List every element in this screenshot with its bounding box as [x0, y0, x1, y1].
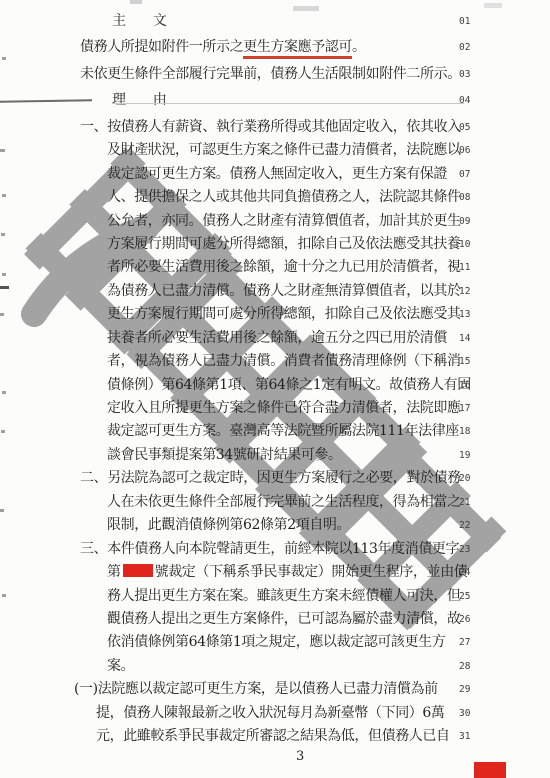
scan-artifact	[1, 233, 5, 236]
scan-artifact	[2, 194, 6, 197]
line-number: 12	[459, 287, 470, 297]
line-text: 人在未依更生條件全部履行完畢前之生活程度，得為相當之	[107, 494, 461, 510]
line-number: 28	[459, 662, 470, 672]
line-text: 裁定認可更生方案。臺灣高等法院暨所屬法院111年法律座	[107, 423, 459, 439]
line-number: 18	[459, 427, 470, 437]
line-text: 觀債務人提出之更生方案條件，已可認為屬於盡力清償，故	[107, 611, 461, 627]
document-line-08: 人、提供擔保之人或其他共同負擔債務之人，法院認其條件08	[0, 186, 550, 209]
line-number: 31	[459, 732, 470, 742]
scan-artifact	[484, 3, 502, 8]
scan-artifact	[0, 313, 4, 316]
line-text: 者，視為債務人已盡力清償。消費者債務清理條例（下稱消	[107, 353, 461, 369]
line-number: 02	[459, 43, 470, 53]
line-number: 06	[459, 146, 470, 156]
line-text: 人、提供擔保之人或其他共同負擔債務之人，法院認其條件	[107, 189, 461, 205]
document-line-17: 定收入且所提更生方案之條件已符合盡力清償者，法院即應17	[0, 397, 550, 420]
document-line-12: 為債務人已盡力清償。債務人之財產無清算價值者，以其於12	[0, 280, 550, 303]
line-number: 01	[459, 17, 470, 27]
line-text: 依消債條例第64條第1項之規定，應以裁定認可該更生方	[107, 634, 445, 650]
document-line-27: 依消債條例第64條第1項之規定，應以裁定認可該更生方27	[0, 631, 550, 654]
line-number: 11	[459, 263, 470, 273]
line-number: 20	[459, 474, 470, 484]
document-line-11: 者所必要生活費用後之餘額，逾十分之九已用於清償者，視11	[0, 256, 550, 279]
line-text: 元，此雖較系爭民事裁定所審認之結果為低，但債務人已自	[96, 728, 450, 744]
document-line-16: 債條例）第64條第1項、第64條之1定有明文。故債務人有固16	[0, 374, 550, 397]
line-number: 07	[459, 170, 470, 180]
line-number: 19	[459, 451, 470, 461]
scan-artifact	[2, 273, 6, 276]
redaction-stamp-bottom	[474, 762, 506, 778]
document-line-29: (一)法院應以裁定認可更生方案，是以債務人已盡力清償為前29	[0, 678, 550, 701]
scan-artifact	[293, 6, 319, 11]
line-text: 裁定認可更生方案。債務人無固定收入，更生方案有保證	[107, 166, 447, 182]
line-number: 09	[459, 217, 470, 227]
document-line-02: 債務人所提如附件一所示之更生方案應予認可。02	[0, 36, 550, 59]
scan-artifact	[2, 57, 6, 60]
line-text: 債條例）第64條第1項、第64條之1定有明文。故債務人有固	[107, 377, 471, 393]
line-text: 為債務人已盡力清償。債務人之財產無清算價值者，以其於	[107, 283, 461, 299]
document-line-24: 第號裁定（下稱系爭民事裁定）開始更生程序，並由債24	[0, 561, 550, 584]
document-line-30: 提，債務人陳報最新之收入狀況每月為新臺幣（下同）6萬30	[0, 702, 550, 725]
line-text: 方案履行期間可處分所得總額，扣除自己及依法應受其扶養	[107, 236, 461, 252]
line-text: 更生方案履行期間可處分所得總額，扣除自己及依法應受其	[107, 306, 461, 322]
line-text: 一、按債務人有薪資、執行業務所得或其他固定收入，依其收入	[80, 119, 461, 135]
document-line-15: 者，視為債務人已盡力清償。消費者債務清理條例（下稱消15	[0, 350, 550, 373]
line-text: 理 由	[112, 92, 166, 108]
page-number: 3	[296, 749, 304, 764]
line-number: 22	[459, 521, 470, 531]
line-text: 債務人所提如附件一所示之更生方案應予認可。	[80, 39, 366, 59]
line-text: 案。	[107, 658, 134, 674]
line-number: 08	[459, 193, 470, 203]
line-number: 23	[459, 545, 470, 555]
document-line-01: 主 文01	[0, 10, 550, 33]
document-line-07: 裁定認可更生方案。債務人無固定收入，更生方案有保證07	[0, 163, 550, 186]
document-line-19: 談會民事類提案第34號研討結果可參。19	[0, 444, 550, 467]
line-text: 主 文	[112, 13, 166, 29]
line-number: 27	[459, 638, 470, 648]
document-line-06: 及財產狀況，可認更生方案之條件已盡力清償者，法院應以06	[0, 139, 550, 162]
line-number: 15	[459, 357, 470, 367]
line-number: 29	[459, 685, 470, 695]
line-text: 者所必要生活費用後之餘額，逾十分之九已用於清償者，視	[107, 259, 461, 275]
line-text: 二、另法院為認可之裁定時，因更生方案履行之必要，對於債務	[80, 470, 461, 486]
scan-artifact	[1, 430, 5, 433]
line-number: 26	[459, 615, 470, 625]
document-line-26: 觀債務人提出之更生方案條件，已可認為屬於盡力清償，故26	[0, 608, 550, 631]
line-number: 16	[459, 381, 470, 391]
line-number: 13	[459, 310, 470, 320]
document-page: 主 文01債務人所提如附件一所示之更生方案應予認可。02未依更生條件全部履行完畢…	[0, 0, 550, 778]
document-line-18: 裁定認可更生方案。臺灣高等法院暨所屬法院111年法律座18	[0, 420, 550, 443]
line-text: 談會民事類提案第34號研討結果可參。	[107, 447, 342, 463]
scan-artifact	[130, 0, 142, 4]
line-text: 限制，此觀消債條例第62條第2項自明。	[107, 517, 350, 533]
line-number: 10	[459, 240, 470, 250]
document-line-03: 未依更生條件全部履行完畢前，債務人生活限制如附件二所示。03	[0, 63, 550, 86]
line-number: 30	[459, 709, 470, 719]
line-text: (一)法院應以裁定認可更生方案，是以債務人已盡力清償為前	[74, 681, 438, 697]
document-line-20: 二、另法院為認可之裁定時，因更生方案履行之必要，對於債務20	[0, 467, 550, 490]
document-line-23: 三、本件債務人向本院聲請更生，前經本院以113年度消債更字23	[0, 538, 550, 561]
line-text: 三、本件債務人向本院聲請更生，前經本院以113年度消債更字	[80, 541, 459, 557]
scan-artifact	[0, 509, 4, 512]
line-number: 14	[459, 334, 470, 344]
line-number: 04	[459, 96, 470, 106]
line-text: 未依更生條件全部履行完畢前，債務人生活限制如附件二所示。	[80, 66, 461, 82]
line-number: 05	[459, 123, 470, 133]
document-line-25: 務人提出更生方案在案。雖該更生方案未經債權人可決，但25	[0, 585, 550, 608]
line-number: 03	[459, 70, 470, 80]
redaction-box	[123, 564, 153, 577]
red-underline: 更生方案應予認可	[243, 39, 352, 59]
document-body: 主 文01債務人所提如附件一所示之更生方案應予認可。02未依更生條件全部履行完畢…	[0, 0, 550, 749]
line-number: 17	[459, 404, 470, 414]
line-text: 務人提出更生方案在案。雖該更生方案未經債權人可決，但	[107, 588, 461, 604]
scan-artifact	[112, 103, 464, 104]
line-text: 定收入且所提更生方案之條件已符合盡力清償者，法院即應	[107, 400, 461, 416]
line-number: 24	[459, 568, 470, 578]
document-line-22: 限制，此觀消債條例第62條第2項自明。22	[0, 514, 550, 537]
scan-artifact	[2, 594, 6, 597]
scan-artifact	[0, 286, 9, 289]
document-line-21: 人在未依更生條件全部履行完畢前之生活程度，得為相當之21	[0, 491, 550, 514]
scan-artifact	[2, 391, 6, 394]
line-text: 提，債務人陳報最新之收入狀況每月為新臺幣（下同）6萬	[96, 705, 445, 721]
line-number: 25	[459, 592, 470, 602]
document-line-28: 案。28	[0, 655, 550, 678]
scan-artifact	[0, 149, 5, 152]
line-text: 扶養者所必要生活費用後之餘額，逾五分之四已用於清償	[107, 330, 447, 346]
document-line-09: 公允者，亦同。債務人之財產有清算價值者，加計其於更生09	[0, 210, 550, 233]
line-text: 及財產狀況，可認更生方案之條件已盡力清償者，法院應以	[107, 142, 461, 158]
document-line-10: 方案履行期間可處分所得總額，扣除自己及依法應受其扶養10	[0, 233, 550, 256]
document-line-14: 扶養者所必要生活費用後之餘額，逾五分之四已用於清償14	[0, 327, 550, 350]
line-text: 公允者，亦同。債務人之財產有清算價值者，加計其於更生	[107, 213, 461, 229]
line-number: 21	[459, 498, 470, 508]
line-text: 第號裁定（下稱系爭民事裁定）開始更生程序，並由債	[107, 564, 467, 580]
document-line-13: 更生方案履行期間可處分所得總額，扣除自己及依法應受其13	[0, 303, 550, 326]
document-line-05: 一、按債務人有薪資、執行業務所得或其他固定收入，依其收入05	[0, 116, 550, 139]
document-line-31: 元，此雖較系爭民事裁定所審認之結果為低，但債務人已自31	[0, 725, 550, 748]
